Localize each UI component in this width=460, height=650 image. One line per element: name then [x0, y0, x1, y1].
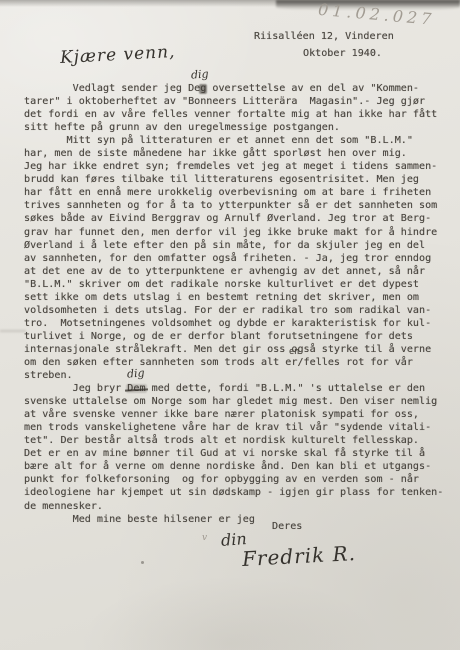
- sender-address-line: Riisalléen 12, Vinderen: [254, 31, 394, 42]
- letter-line: det fordi en av våre felles venner forta…: [24, 108, 443, 121]
- letter-line: Øverland i å lete efter den på sin måte,…: [24, 239, 443, 252]
- letter-line: tet". Der består altså trods alt et nord…: [24, 434, 443, 447]
- paper-crease: [0, 330, 26, 332]
- letter-line: internasjonale strålekraft. Men det gir …: [24, 343, 443, 356]
- letter-line: men trods vanskelighetene våre har de kr…: [24, 421, 443, 434]
- letter-line: "B.L.M." skriver om det radikale norske …: [24, 278, 443, 291]
- letter-line: har, men de siste månedene har ikke gått…: [24, 147, 443, 160]
- letter-line: punkt for folkeforsoning og for opbyggin…: [24, 473, 443, 486]
- salutation-handwritten: Kjære venn,: [60, 42, 176, 68]
- handwritten-correction-dig-over-Dem: dig: [127, 366, 145, 380]
- letter-line: bære alt for å verne om denne nordiske å…: [24, 460, 443, 473]
- letter-line: grav har funnet den, men derfor vil jeg …: [24, 226, 443, 239]
- letter-line: Det er en av mine bønner til Gud at vi n…: [24, 447, 443, 460]
- letter-body: Vedlagt sender jeg Deg oversettelse av e…: [24, 82, 443, 526]
- scanned-letter-page: 01.02.027 Riisalléen 12, Vinderen Oktobe…: [0, 0, 460, 650]
- letter-line: Vedlagt sender jeg Deg oversettelse av e…: [24, 82, 443, 95]
- overtype-strike-mark-Deg: [199, 84, 207, 94]
- letter-line: streben.: [24, 369, 443, 382]
- letter-line: brudd kan føres tilbake til litteraturen…: [24, 173, 443, 186]
- valediction-typed: Deres: [272, 521, 302, 532]
- letter-line: sett ikke om dets utslag i en bestemt re…: [24, 291, 443, 304]
- letter-line: svenske uttalelse om Norge som har glede…: [24, 395, 443, 408]
- letter-line: Med mine beste hilsener er jeg: [24, 513, 443, 526]
- letter-date-line: Oktober 1940.: [303, 48, 382, 59]
- letter-line: de mennesker.: [24, 500, 443, 513]
- letter-line: Jeg bryr Dem med dette, fordi "B.L.M." '…: [24, 382, 443, 395]
- letter-line: har fått en ennå mere urokkelig overbevi…: [24, 186, 443, 199]
- letter-line: om den søken efter sannheten som trods a…: [24, 356, 443, 369]
- letter-line: av sannheten, for den omfatter også frih…: [24, 252, 443, 265]
- handwritten-correction-dig-over-Deg: dig: [191, 67, 209, 81]
- letter-line: voldsomheten i dets utslag. For der er r…: [24, 304, 443, 317]
- letter-line: Jeg har ikke endret syn; fremdeles vet j…: [24, 160, 443, 173]
- letter-line: ideologiene har kjempet ut sin dødskamp …: [24, 486, 443, 499]
- signature-handwritten: Fredrik R.: [241, 541, 356, 571]
- letter-line: at det ene av de to ytterpunktene er avh…: [24, 265, 443, 278]
- letter-line: trives sannheten og for å ta to ytterpun…: [24, 199, 443, 212]
- letter-line: Mitt syn på litteraturen er et annet enn…: [24, 134, 443, 147]
- letter-line: tarer" i oktoberheftet av "Bonneers Litt…: [24, 95, 443, 108]
- letter-line: tro. Motsetningenes voldsomhet og dybde …: [24, 317, 443, 330]
- letter-line: søkes både av Eivind Berggrav og Arnulf …: [24, 212, 443, 225]
- letter-line: sitt hefte på grunn av den uregelmessige…: [24, 121, 443, 134]
- typed-insertion-en: en: [289, 347, 299, 357]
- ink-speck: [141, 561, 144, 564]
- letter-line: at våre svenske venner ikke bare nærer p…: [24, 408, 443, 421]
- stray-pencil-mark: v: [202, 533, 207, 543]
- letter-line: turlivet i Norge, og de er derfor blant …: [24, 330, 443, 343]
